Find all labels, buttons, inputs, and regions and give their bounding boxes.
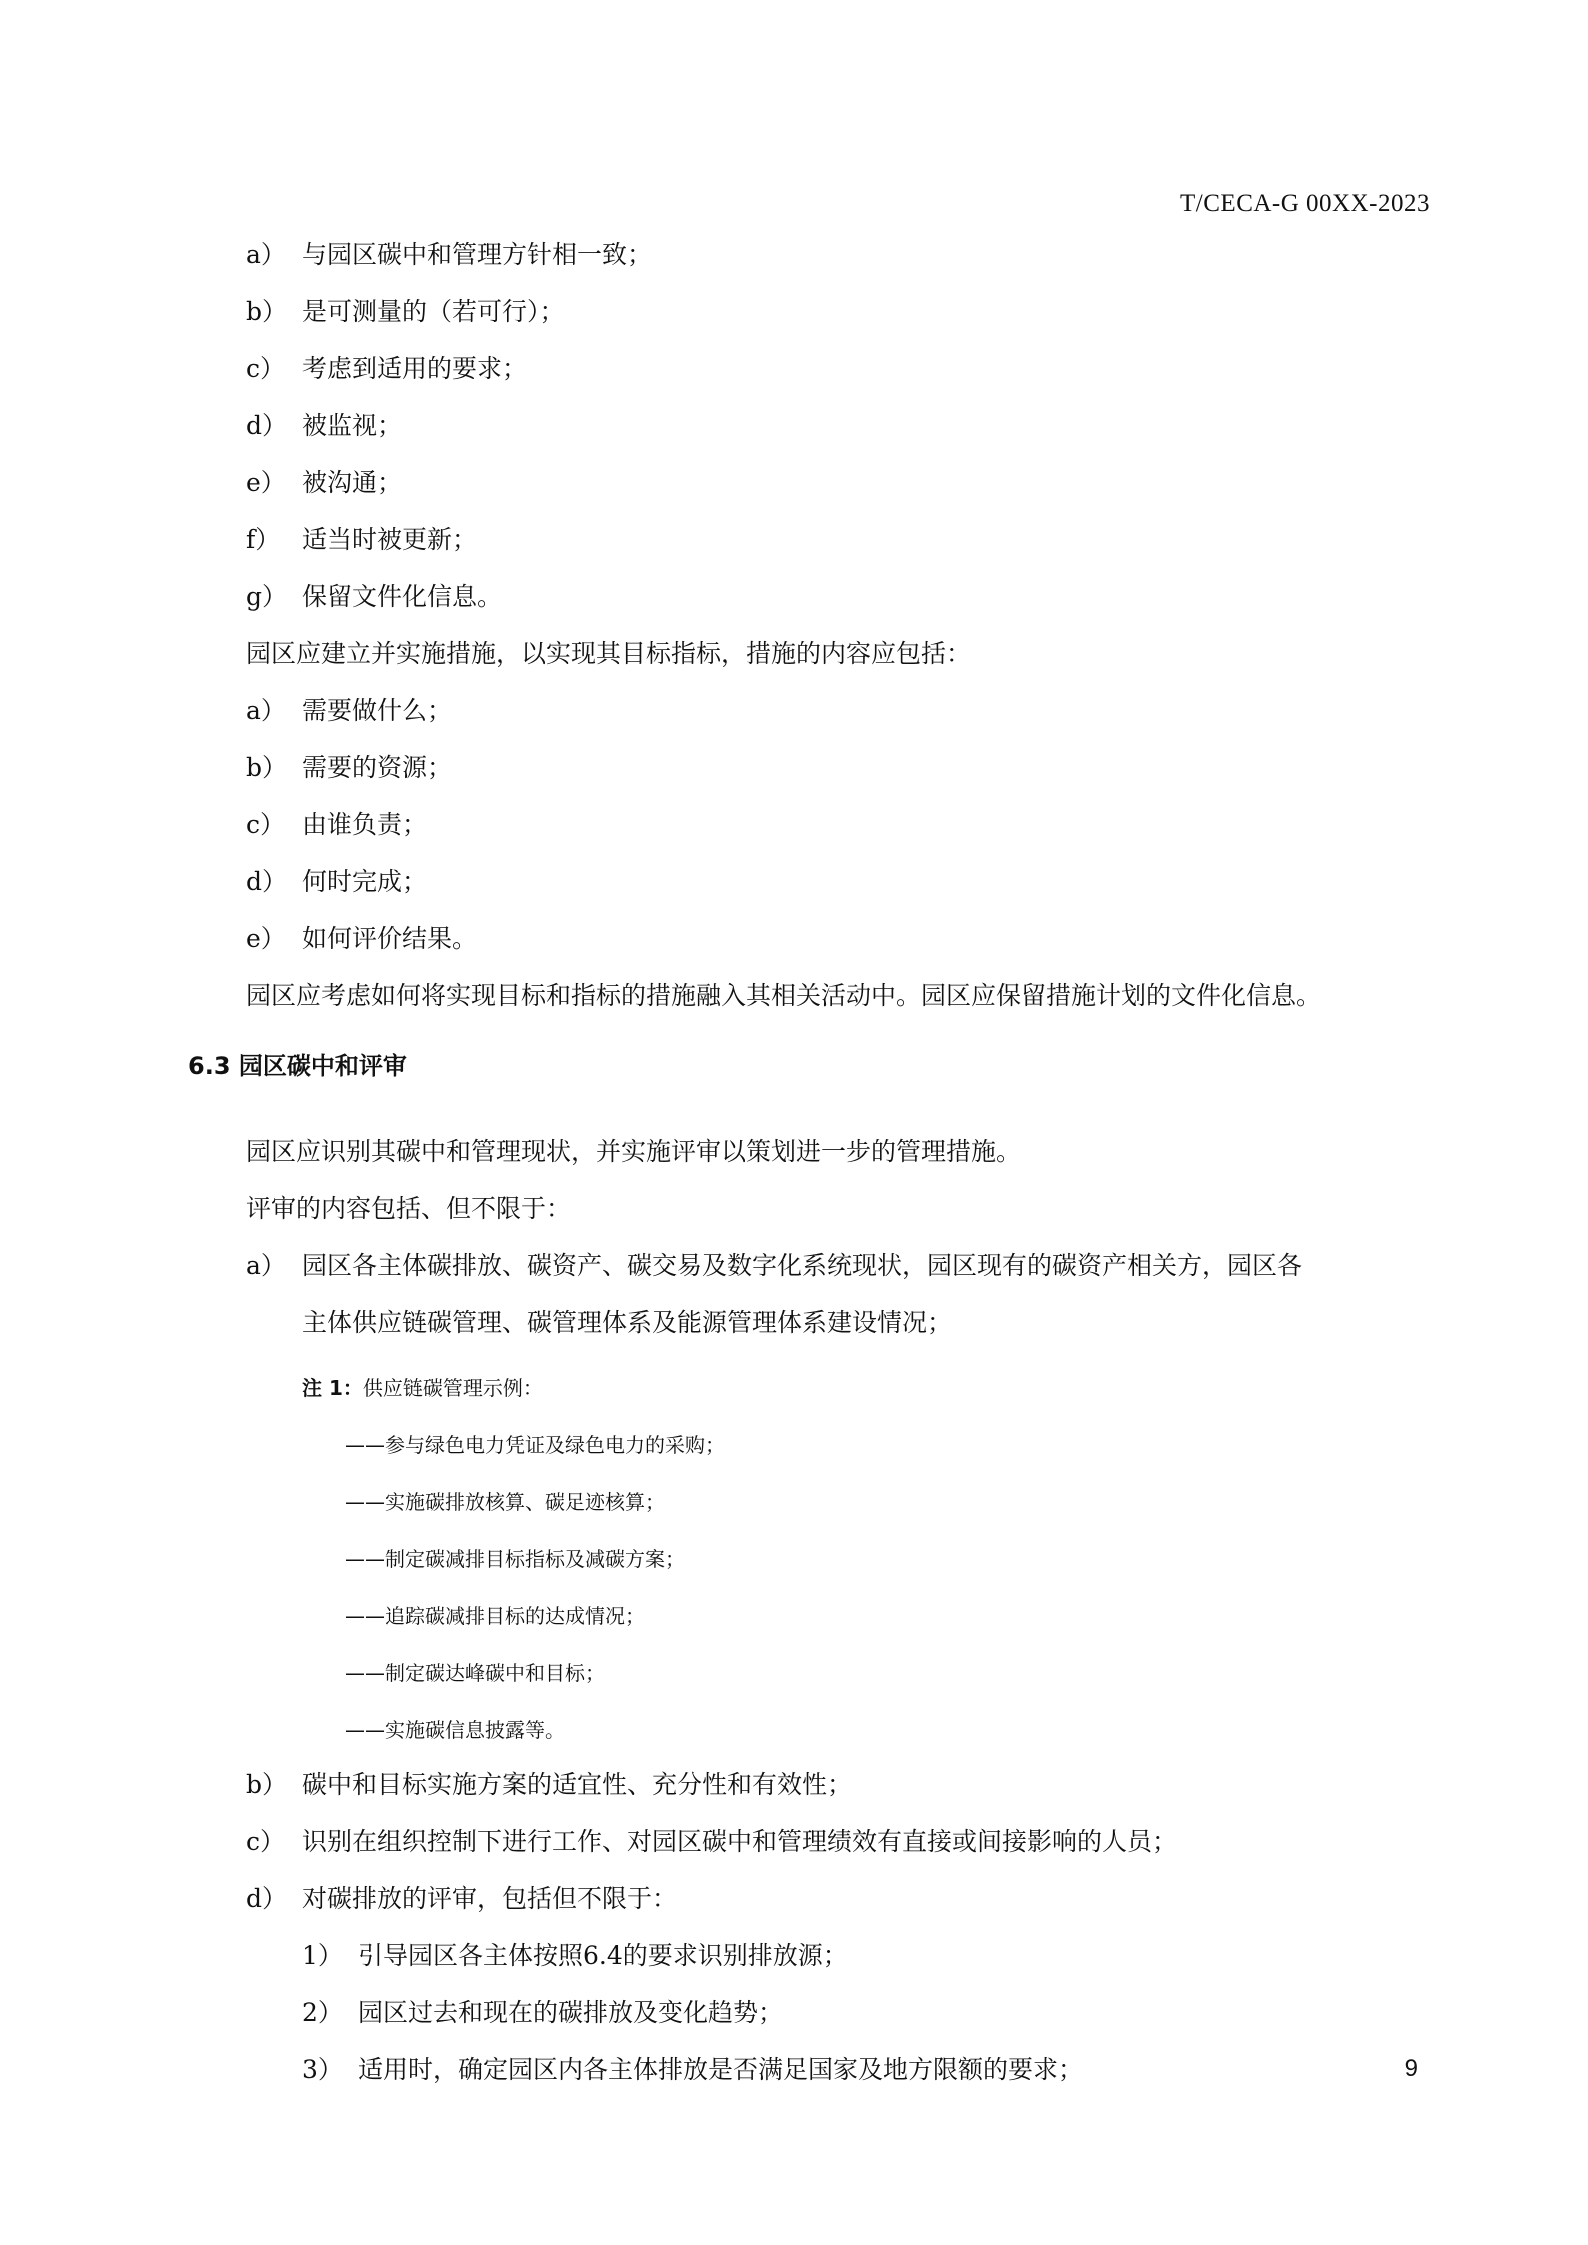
sub-list-item: 3）适用时，确定园区内各主体排放是否满足国家及地方限额的要求； (302, 2053, 1083, 2087)
sub-list-item: 2）园区过去和现在的碳排放及变化趋势； (302, 1996, 783, 2030)
list-item: c）识别在组织控制下进行工作、对园区碳中和管理绩效有直接或间接影响的人员； (246, 1825, 1177, 1859)
list-item: d）被监视； (246, 409, 402, 443)
list-item: b）是可测量的（若可行）； (246, 295, 565, 329)
section-heading: 6.3 园区碳中和评审 (188, 1049, 407, 1083)
note-item: ——实施碳排放核算、碳足迹核算； (345, 1487, 665, 1517)
list-item-continuation: 主体供应链碳管理、碳管理体系及能源管理体系建设情况； (302, 1306, 952, 1340)
list-item: f）适当时被更新； (246, 523, 477, 557)
document-code: T/CECA-G 00XX-2023 (1180, 190, 1430, 218)
list-item: c）考虑到适用的要求； (246, 352, 527, 386)
note-item: ——参与绿色电力凭证及绿色电力的采购； (345, 1430, 725, 1460)
list-item: d）对碳排放的评审，包括但不限于： (246, 1882, 677, 1916)
list-item: c）由谁负责； (246, 808, 427, 842)
list-item: e）被沟通； (246, 466, 402, 500)
list-item: a）园区各主体碳排放、碳资产、碳交易及数字化系统现状，园区现有的碳资产相关方，园… (246, 1249, 1302, 1283)
list-item: e）如何评价结果。 (246, 922, 477, 956)
note: 注 1：供应链碳管理示例： (302, 1373, 543, 1403)
note-item: ——追踪碳减排目标的达成情况； (345, 1601, 645, 1631)
list-item: d）何时完成； (246, 865, 427, 899)
list-item: b）需要的资源； (246, 751, 452, 785)
page-number: 9 (1405, 2055, 1418, 2083)
list-item: a）与园区碳中和管理方针相一致； (246, 238, 652, 272)
paragraph: 园区应考虑如何将实现目标和指标的措施融入其相关活动中。园区应保留措施计划的文件化… (246, 979, 1321, 1013)
list-item: b）碳中和目标实施方案的适宜性、充分性和有效性； (246, 1768, 852, 1802)
note-item: ——制定碳达峰碳中和目标； (345, 1658, 605, 1688)
paragraph: 评审的内容包括、但不限于： (246, 1192, 571, 1226)
list-item: a）需要做什么； (246, 694, 452, 728)
list-item: g）保留文件化信息。 (246, 580, 502, 614)
note-item: ——实施碳信息披露等。 (345, 1715, 565, 1745)
note-item: ——制定碳减排目标指标及减碳方案； (345, 1544, 685, 1574)
sub-list-item: 1）引导园区各主体按照6.4的要求识别排放源； (302, 1939, 848, 1973)
paragraph: 园区应建立并实施措施，以实现其目标指标，措施的内容应包括： (246, 637, 971, 671)
paragraph: 园区应识别其碳中和管理现状，并实施评审以策划进一步的管理措施。 (246, 1135, 1021, 1169)
